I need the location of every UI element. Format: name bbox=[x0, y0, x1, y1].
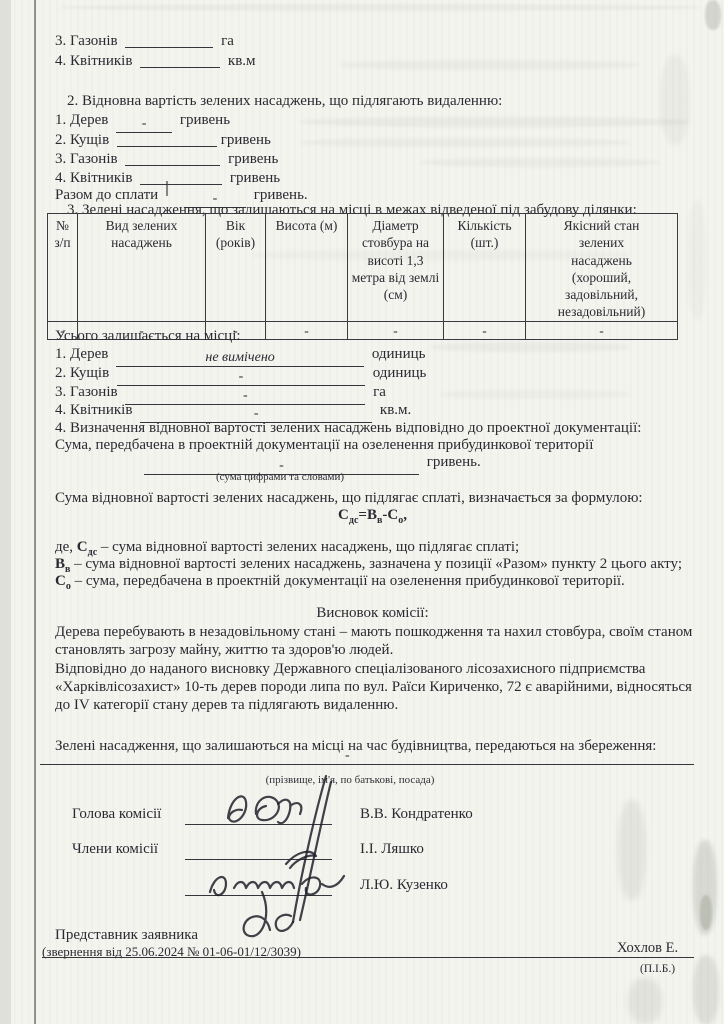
field-lawns-area: 3. Газонів га bbox=[55, 31, 234, 50]
formula-symbol: С bbox=[338, 507, 349, 523]
bleedthrough-mark bbox=[340, 60, 640, 70]
role-commission-members: Члени комісії bbox=[72, 841, 158, 858]
sum-hint: (сума цифрами та словами) bbox=[150, 468, 410, 486]
bleedthrough-smudge bbox=[693, 955, 719, 1024]
field-label: 2. Кущів bbox=[55, 132, 109, 148]
col-header-condition: Якісний стан зелених насаджень (хороший,… bbox=[526, 214, 678, 322]
col-header-quantity: Кількість (шт.) bbox=[444, 214, 526, 322]
col-header-diameter: Діаметр стовбура на висоті 1,3 метра від… bbox=[348, 214, 444, 322]
field-flowerbeds-area: 4. Квітників кв.м bbox=[55, 51, 256, 70]
representative-signature-line bbox=[42, 957, 694, 958]
field-unit: одиниць bbox=[372, 346, 426, 362]
representative-name: Хохлов Е. bbox=[617, 939, 678, 957]
bleedthrough-mark bbox=[660, 55, 690, 145]
formula-intro: Сума відновної вартості зелених насаджен… bbox=[55, 489, 643, 507]
section2-item: 2. Кущів гривень bbox=[55, 130, 271, 149]
definition-symbol: С bbox=[55, 573, 66, 589]
section2-title: 2. Відновна вартість зелених насаджень, … bbox=[67, 92, 502, 110]
bleedthrough-smudge bbox=[618, 800, 646, 900]
field-label: 2. Кущів bbox=[55, 365, 109, 381]
table-header-row: № з/п Вид зелених насаджень Вік (років) … bbox=[48, 214, 678, 322]
field-label: 1. Дерев bbox=[55, 112, 108, 128]
field-label: 3. Газонів bbox=[55, 33, 118, 49]
bleedthrough-smudge bbox=[700, 895, 712, 930]
definition-text: – сума, передбачена в проектній документ… bbox=[71, 573, 625, 589]
col-header-age: Вік (років) bbox=[206, 214, 266, 322]
cell: - bbox=[266, 321, 348, 339]
definition-line: Со – сума, передбачена в проектній докум… bbox=[55, 572, 625, 590]
signature-head-of-commission bbox=[228, 796, 301, 823]
field-label: 3. Газонів bbox=[55, 384, 118, 400]
definition-line: де, Сдс – сума відновної вартості зелени… bbox=[55, 538, 519, 556]
field-unit: гривень bbox=[221, 132, 271, 148]
plantings-table: № з/п Вид зелених насаджень Вік (років) … bbox=[47, 213, 678, 340]
conclusion-para2-line: Відповідно до наданого висновку Державно… bbox=[55, 660, 645, 678]
col-header-type: Вид зелених насаджень bbox=[78, 214, 206, 322]
blank-value: не вимічено bbox=[205, 350, 274, 365]
formula-symbol: =В bbox=[358, 507, 377, 523]
field-label: 4. Квітників bbox=[55, 53, 132, 69]
field-unit: гривень bbox=[180, 112, 230, 128]
blank-value: - bbox=[239, 369, 244, 384]
bleedthrough-mark bbox=[60, 4, 700, 11]
bleedthrough-smudge bbox=[693, 840, 717, 935]
blank-line bbox=[117, 130, 217, 147]
storage-text: Зелені насадження, що залишаються на міс… bbox=[55, 737, 656, 755]
storage-signature-line bbox=[40, 764, 694, 765]
bleedthrough-mark bbox=[705, 0, 721, 30]
bleedthrough-smudge bbox=[628, 978, 662, 1024]
definition-symbol: В bbox=[55, 556, 65, 572]
representative-label: Представник заявника bbox=[55, 926, 198, 944]
blank-line bbox=[125, 149, 220, 166]
field-unit: кв.м. bbox=[380, 402, 411, 418]
definition-line: Вв – сума відновної вартості зелених нас… bbox=[55, 555, 682, 573]
blank-line bbox=[140, 51, 220, 68]
scanned-document-page: 3. Газонів га 4. Квітників кв.м 2. Відно… bbox=[0, 0, 724, 1024]
field-unit: одиниць bbox=[373, 365, 427, 381]
field-label: 3. Газонів bbox=[55, 151, 118, 167]
cell: - bbox=[348, 321, 444, 339]
formula-subscript: дс bbox=[349, 515, 359, 526]
definition-symbol: С bbox=[77, 539, 88, 555]
definition-text: – сума відновної вартості зелених насадж… bbox=[70, 556, 682, 572]
field-unit: га bbox=[221, 33, 234, 49]
field-unit: гривень. bbox=[427, 454, 481, 470]
cell: - bbox=[444, 321, 526, 339]
section4-line: Сума, передбачена в проектній документац… bbox=[55, 436, 593, 454]
conclusion-para1-line: становлять загрозу майну, життю та здоро… bbox=[55, 641, 393, 659]
formula-tail: , bbox=[403, 507, 407, 523]
conclusion-para1-line: Дерева перебувають в незадовільному стан… bbox=[55, 623, 692, 641]
blank-line bbox=[140, 168, 222, 185]
remaining-title: Усього залишається на місці: bbox=[55, 327, 241, 345]
storage-dash: - bbox=[345, 748, 350, 764]
formula-symbol: -С bbox=[382, 507, 398, 523]
field-label: 1. Дерев bbox=[55, 346, 108, 362]
definition-text: – сума відновної вартості зелених насадж… bbox=[97, 539, 519, 555]
conclusion-title: Висновок комісії: bbox=[55, 605, 690, 622]
bleedthrough-mark bbox=[440, 390, 630, 399]
conclusion-para2-line: до IV категорії стану дерев та підлягают… bbox=[55, 696, 398, 714]
col-header-number: № з/п bbox=[48, 214, 78, 322]
bleedthrough-mark bbox=[300, 138, 630, 147]
formula: Сдс=Вв-Со, bbox=[55, 507, 690, 524]
field-unit: гривень bbox=[230, 170, 280, 186]
conclusion-para2-line: «Харківлісозахист» 10-ть дерев породи ли… bbox=[55, 678, 692, 696]
request-reference: (звернення від 25.06.2024 № 01-06-01/12/… bbox=[42, 943, 301, 961]
blank-value: - bbox=[142, 116, 147, 131]
bleedthrough-mark bbox=[300, 117, 690, 127]
definition-pre: де, bbox=[55, 539, 77, 555]
bleedthrough-mark bbox=[420, 158, 660, 167]
section4-title: 4. Визначення відновної вартості зелених… bbox=[55, 419, 641, 437]
cell: - bbox=[526, 321, 678, 339]
field-unit: кв.м bbox=[228, 53, 256, 69]
field-unit: га bbox=[373, 384, 386, 400]
bleedthrough-mark bbox=[430, 342, 630, 352]
handwritten-signatures bbox=[150, 770, 450, 950]
page-fold-line bbox=[34, 0, 36, 1024]
scanner-edge bbox=[0, 0, 11, 1024]
role-head-of-commission: Голова комісії bbox=[72, 806, 161, 823]
bleedthrough-mark bbox=[688, 200, 706, 320]
pib-hint: (П.І.Б.) bbox=[640, 960, 675, 978]
col-header-height: Висота (м) bbox=[266, 214, 348, 322]
field-unit: гривень bbox=[228, 151, 278, 167]
field-label: 4. Квітників bbox=[55, 170, 132, 186]
section2-item: 3. Газонів гривень bbox=[55, 149, 278, 168]
field-label: 4. Квітників bbox=[55, 402, 132, 418]
section2-item: 4. Квітників гривень bbox=[55, 168, 280, 187]
blank-line bbox=[125, 31, 213, 48]
